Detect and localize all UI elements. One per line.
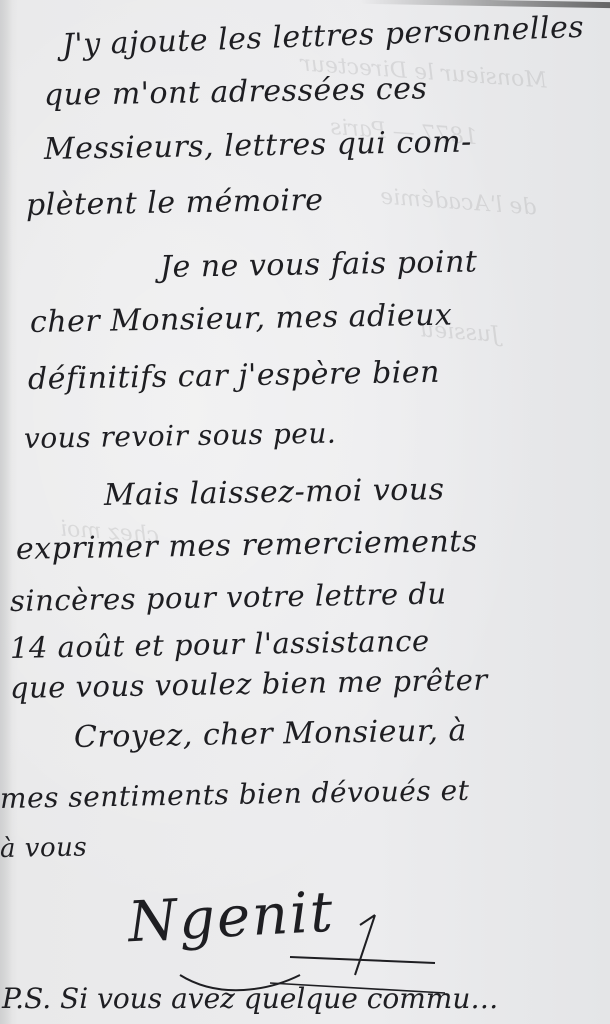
letter-photo: Monsieur le Directeur 1877 — Paris de l'…: [0, 0, 610, 1024]
letter-line: Croyez, cher Monsieur, à: [74, 713, 467, 755]
show-through-text: de l'Académie: [379, 185, 537, 221]
letter-line: cher Monsieur, mes adieux: [30, 298, 453, 340]
letter-line: que m'ont adressées ces: [44, 71, 428, 113]
page-top-shadow: [360, 0, 610, 8]
letter-line: à vous: [0, 832, 87, 864]
letter-line: Messieurs, lettres qui com-: [44, 125, 472, 167]
letter-line: 14 août et pour l'assistance: [10, 624, 430, 665]
letter-line: définitifs car j'espère bien: [28, 355, 441, 397]
letter-line: plètent le mémoire: [26, 183, 324, 223]
postscript-line: P.S. Si vous avez quelque commu…: [2, 982, 498, 1015]
letter-line: mes sentiments bien dévoués et: [0, 774, 470, 815]
signature: Ngenit: [126, 880, 336, 956]
letter-line: Je ne vous fais point: [160, 244, 478, 285]
letter-line: que vous voulez bien me prêter: [10, 663, 488, 705]
letter-line: vous revoir sous peu.: [24, 417, 337, 455]
letter-line: sincères pour votre lettre du: [10, 576, 447, 618]
letter-line: exprimer mes remerciements: [16, 524, 478, 567]
page-edge-shadow: [0, 0, 12, 1024]
letter-line: Mais laissez-moi vous: [104, 472, 445, 513]
